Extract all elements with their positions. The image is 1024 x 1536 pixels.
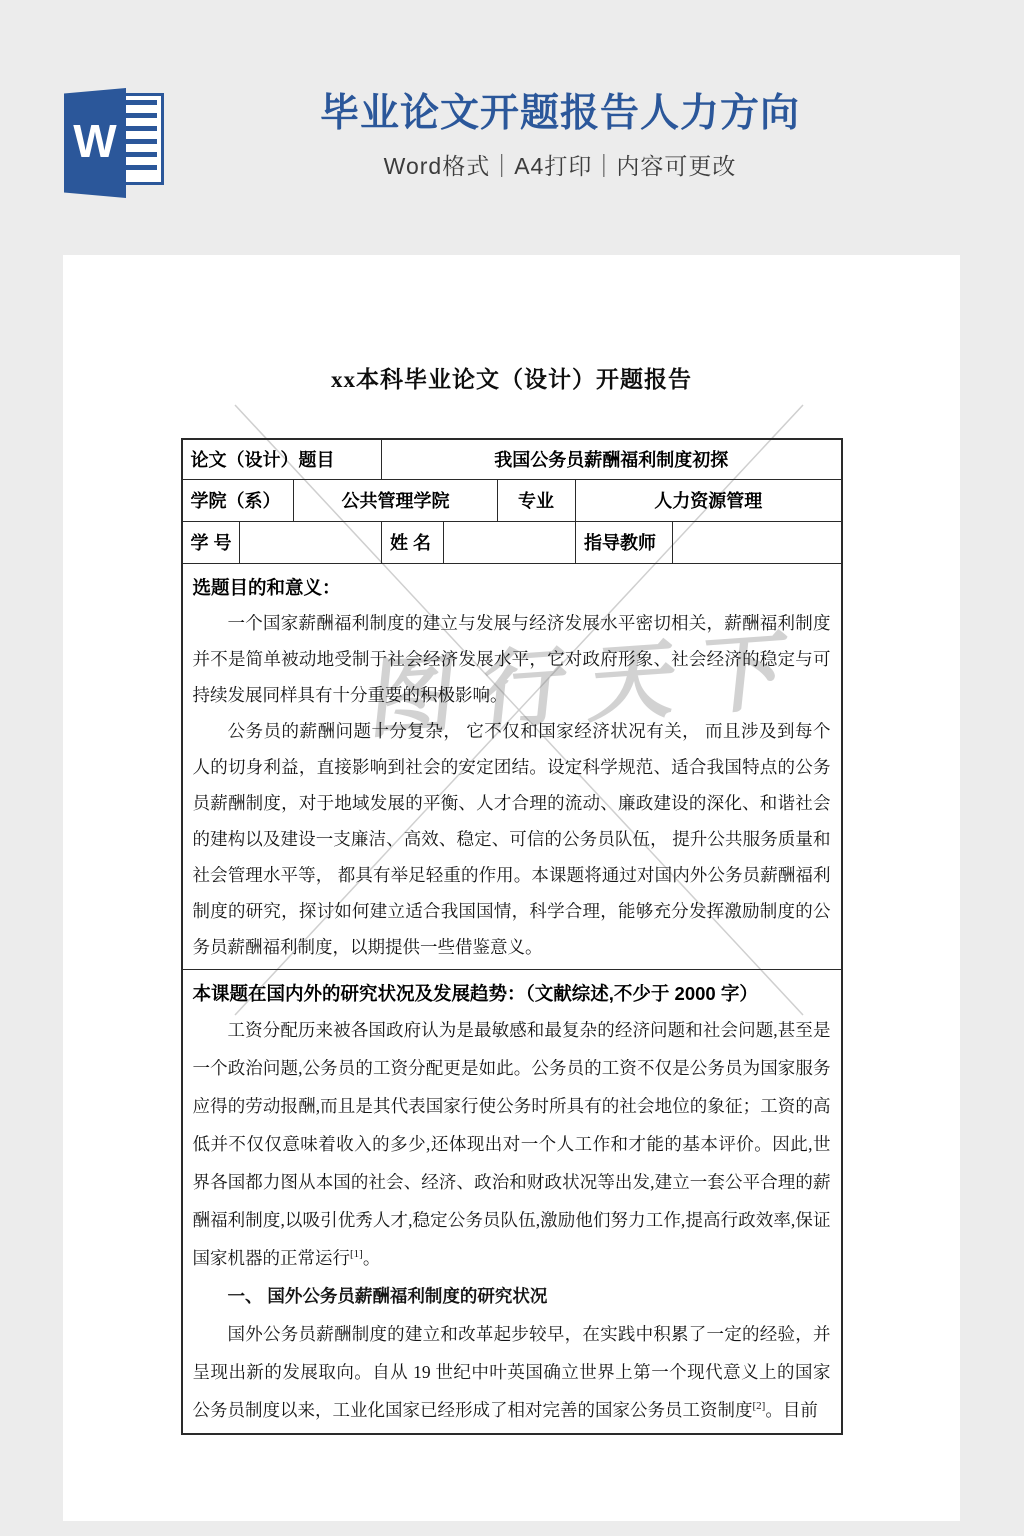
department-value: 公共管理学院	[294, 479, 498, 521]
citation-ref-1: [1]	[350, 1248, 363, 1260]
purpose-paragraph-2: 公务员的薪酬问题十分复杂， 它不仅和国家经济状况有关， 而且涉及到每个人的切身利…	[193, 713, 831, 965]
word-logo-letter: W	[64, 88, 126, 198]
advisor-value	[673, 521, 842, 563]
literature-paragraph-1-text: 工资分配历来被各国政府认为是最敏感和最复杂的经济问题和社会问题,甚至是一个政治问…	[193, 1020, 831, 1268]
literature-subheading: 一、 国外公务员薪酬福利制度的研究状况	[193, 1277, 831, 1315]
thesis-report-table: 论文（设计）题目 我国公务员薪酬福利制度初探 学院（系） 公共管理学院 专业 人…	[181, 438, 843, 1435]
major-value: 人力资源管理	[576, 479, 842, 521]
document-page: 图行天下 xx本科毕业论文（设计）开题报告 论文（设计）题目 我国公务员薪酬福利…	[63, 255, 960, 1521]
document-title: xx本科毕业论文（设计）开题报告	[63, 255, 960, 394]
thesis-title-value: 我国公务员薪酬福利制度初探	[382, 439, 842, 479]
table-row: 本课题在国内外的研究状况及发展趋势：（文献综述,不少于 2000 字） 工资分配…	[182, 969, 842, 1434]
table-row: 选题目的和意义： 一个国家薪酬福利制度的建立与发展与经济发展水平密切相关，薪酬福…	[182, 563, 842, 969]
literature-paragraph-2: 国外公务员薪酬制度的建立和改革起步较早，在实践中积累了一定的经验，并呈现出新的发…	[193, 1315, 831, 1429]
department-label: 学院（系）	[182, 479, 294, 521]
student-id-value	[240, 521, 382, 563]
major-label: 专业	[498, 479, 576, 521]
literature-paragraph-1: 工资分配历来被各国政府认为是最敏感和最复杂的经济问题和社会问题,甚至是一个政治问…	[193, 1011, 831, 1277]
literature-paragraph-1-tail: 。	[363, 1248, 381, 1268]
table-row: 学院（系） 公共管理学院 专业 人力资源管理	[182, 479, 842, 521]
student-id-label: 学 号	[182, 521, 240, 563]
screenshot-canvas: W 毕业论文开题报告人力方向 Word格式｜A4打印｜内容可更改 图行天下 xx…	[0, 0, 1024, 1536]
page-subtitle: Word格式｜A4打印｜内容可更改	[48, 151, 1024, 181]
name-value	[444, 521, 576, 563]
literature-paragraph-2-text: 国外公务员薪酬制度的建立和改革起步较早，在实践中积累了一定的经验，并呈现出新的发…	[193, 1324, 831, 1420]
literature-paragraph-2-tail: 。目前	[765, 1400, 818, 1420]
advisor-label: 指导教师	[576, 521, 673, 563]
citation-ref-2: [2]	[753, 1400, 766, 1412]
page-title: 毕业论文开题报告人力方向	[48, 90, 1024, 138]
table-row: 论文（设计）题目 我国公务员薪酬福利制度初探	[182, 439, 842, 479]
purpose-section-heading: 选题目的和意义：	[193, 571, 831, 605]
table-row: 学 号 姓 名 指导教师	[182, 521, 842, 563]
literature-section-heading: 本课题在国内外的研究状况及发展趋势：（文献综述,不少于 2000 字）	[193, 977, 831, 1011]
page-header: 毕业论文开题报告人力方向 Word格式｜A4打印｜内容可更改	[48, 90, 1024, 181]
thesis-title-label: 论文（设计）题目	[182, 439, 382, 479]
purpose-paragraph-1: 一个国家薪酬福利制度的建立与发展与经济发展水平密切相关，薪酬福利制度并不是简单被…	[193, 605, 831, 713]
purpose-section-cell: 选题目的和意义： 一个国家薪酬福利制度的建立与发展与经济发展水平密切相关，薪酬福…	[182, 563, 842, 969]
literature-section-cell: 本课题在国内外的研究状况及发展趋势：（文献综述,不少于 2000 字） 工资分配…	[182, 969, 842, 1434]
name-label: 姓 名	[382, 521, 444, 563]
word-icon: W	[64, 88, 166, 198]
